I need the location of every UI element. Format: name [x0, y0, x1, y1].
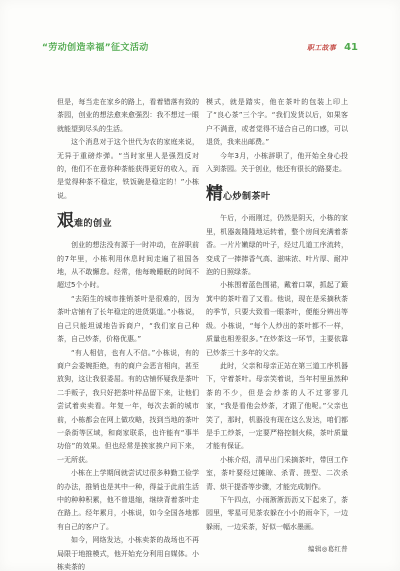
campaign-title: “劳动创造幸福”征文活动 — [42, 40, 149, 53]
page-header: “劳动创造幸福”征文活动 职工故事 41 — [42, 40, 358, 53]
article-body: 但是，每当走在家乡的路上，看着错落有致的茶园，创业的想法愈来愈强烈：我不想过一眼… — [57, 96, 348, 571]
heading-initial-char: 艰 — [57, 211, 74, 231]
paragraph: 创业的想法没有源于一时冲动，在辞职前的7年里，小栋利用休息时间走遍了祖国各地，从… — [57, 239, 199, 293]
section-heading-tea-roasting: 精心炒制茶叶 — [206, 185, 348, 206]
paragraph: 但是，每当走在家乡的路上，看着错落有致的茶园，创业的想法愈来愈强烈：我不想过一眼… — [57, 96, 199, 136]
paragraph: 小栋围着蓝色围裙，戴着口罩，抓起了簸箕中的茶叶看了又看。他说，现在是采摘秋茶的季… — [206, 279, 348, 359]
paragraph: “有人相信，也有人不信。”小栋说，有的商户会委婉拒绝，有的商户会恶言相向，甚至放… — [57, 347, 199, 468]
paragraph: “去陌生的城市推销茶叶是很难的，因为茶叶店铺有了长年稳定的进货渠道。”小栋说，自… — [57, 293, 199, 347]
column-right: 模式，就是踏实，他在茶叶的包装上印上了“良心茶”三个字。“我们发货以后，如果客户… — [206, 96, 348, 571]
paragraph: 此时，父亲和母亲正站在第三道工序机器下，守着茶叶。母亲笑着说，当年村里虽然种茶的… — [206, 360, 348, 454]
section-heading-entrepreneurship: 艰难的创业 — [57, 212, 199, 233]
heading-rest-text: 心炒制茶叶 — [223, 192, 271, 202]
header-right-group: 职工故事 41 — [307, 42, 358, 53]
paragraph: 模式，就是踏实，他在茶叶的包装上印上了“良心茶”三个字。“我们发货以后，如果客户… — [206, 96, 348, 150]
paragraph: 小栋介绍，清早出门采摘茶叶，带回工作室，茶叶要经过摊晾、杀青、搓型、二次杀青、烘… — [206, 454, 348, 494]
paragraph: 下午四点，小雨淅淅沥沥又下起来了，茶园里，零星可见茶农躲在小小的雨伞下，一边躲雨… — [206, 494, 348, 534]
paragraph: 小栋在上学期间就尝试过很多种勤工俭学的办法，推销也是其中一种，得益于此前生活中的… — [57, 467, 199, 534]
column-left: 但是，每当走在家乡的路上，看着错落有致的茶园，创业的想法愈来愈强烈：我不想过一眼… — [57, 96, 199, 571]
heading-initial-char: 精 — [206, 184, 223, 204]
paragraph: 午后，小雨刚过，仍然是阴天，小栋的家里，机器轰隆隆地运转着，整个房间充满着茶香。… — [206, 212, 348, 279]
editor-credit: 编辑◎葛红普 — [206, 544, 348, 553]
paragraph: 今年3月，小栋辞职了，他开始全身心投入到茶园。关于创业，他还有很长的路要走。 — [206, 150, 348, 177]
paragraph: 如今，网络发达，小栋卖茶的战场也不再局限于地推模式，他开始充分利用自媒体。小栋卖… — [57, 534, 199, 571]
heading-rest-text: 难的创业 — [74, 219, 112, 229]
magazine-page: “劳动创造幸福”征文活动 职工故事 41 但是，每当走在家乡的路上，看着错落有致… — [0, 0, 400, 571]
paragraph: 这个消息对于这个世代为农的家庭来说，无异于重磅炸弹。“当时家里人是强烈反对的，他… — [57, 136, 199, 203]
section-label: 职工故事 — [307, 43, 336, 53]
page-number: 41 — [344, 42, 358, 53]
